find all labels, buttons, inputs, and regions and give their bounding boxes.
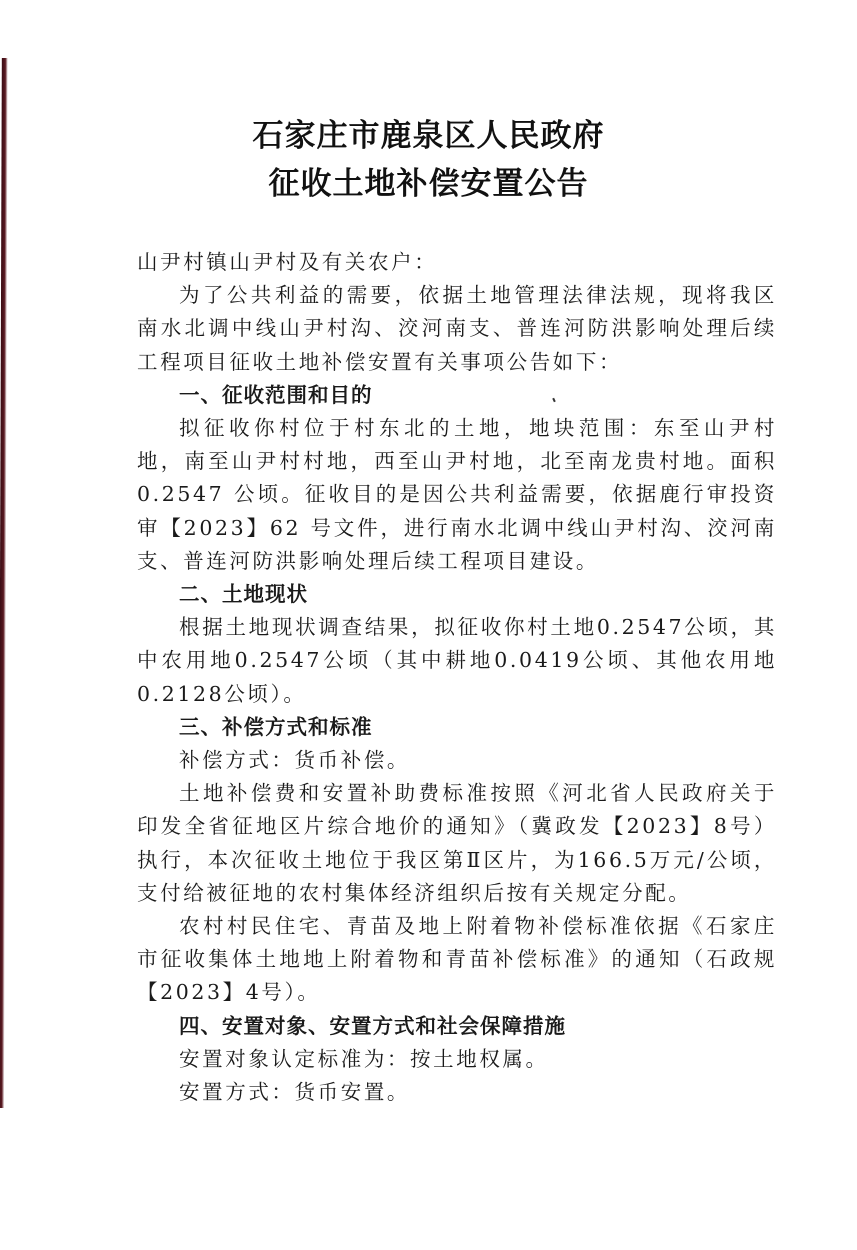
addressee: 山尹村镇山尹村及有关农户： xyxy=(137,246,777,279)
section-3-paragraph-1: 补偿方式：货币补偿。 xyxy=(137,744,777,777)
document-body: 山尹村镇山尹村及有关农户： 为了公共利益的需要，依据土地管理法律法规，现将我区南… xyxy=(137,246,777,1109)
section-2-paragraph: 根据土地现状调查结果，拟征收你村土地0.2547公顷，其中农用地0.2547公顷… xyxy=(137,611,777,711)
section-4-heading: 四、安置对象、安置方式和社会保障措施 xyxy=(137,1010,777,1043)
page-edge-shadow xyxy=(0,58,8,1108)
section-3-paragraph-2: 土地补偿费和安置补助费标准按照《河北省人民政府关于印发全省征地区片综合地价的通知… xyxy=(137,777,777,910)
section-4-paragraph-2: 安置方式：货币安置。 xyxy=(137,1076,777,1109)
section-4-paragraph-1: 安置对象认定标准为：按土地权属。 xyxy=(137,1043,777,1076)
section-1-paragraph: 拟征收你村位于村东北的土地，地块范围：东至山尹村地，南至山尹村村地，西至山尹村地… xyxy=(137,412,777,578)
document-title-line2: 征收土地补偿安置公告 xyxy=(0,158,857,203)
section-3-heading: 三、补偿方式和标准 xyxy=(137,711,777,744)
intro-paragraph: 为了公共利益的需要，依据土地管理法律法规，现将我区南水北调中线山尹村沟、洨河南支… xyxy=(137,279,777,379)
document-title-line1: 石家庄市鹿泉区人民政府 xyxy=(0,110,857,155)
section-2-heading: 二、土地现状 xyxy=(137,578,777,611)
section-3-paragraph-3: 农村村民住宅、青苗及地上附着物补偿标准依据《石家庄市征收集体土地地上附着物和青苗… xyxy=(137,910,777,1010)
section-1-heading: 一、征收范围和目的 xyxy=(137,379,777,412)
